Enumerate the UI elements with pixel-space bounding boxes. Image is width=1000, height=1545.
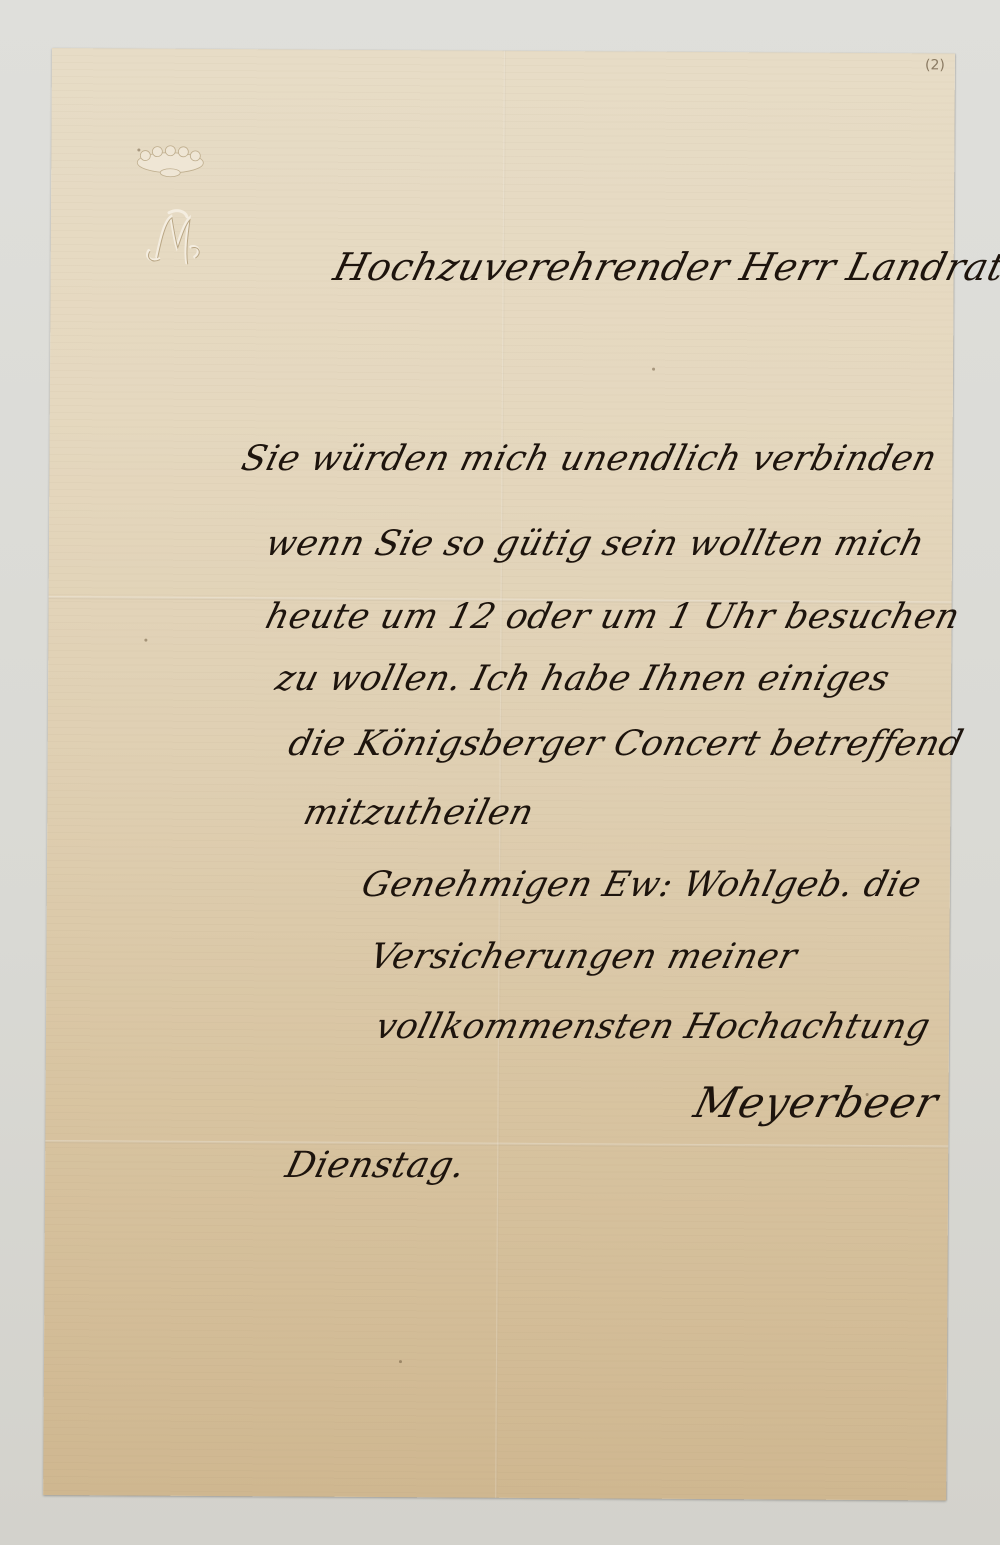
letter-line: wenn Sie so gütig sein wollten mich xyxy=(262,527,928,562)
crown-emboss-icon xyxy=(135,145,205,179)
letter-line: Sie würden mich unendlich verbinden xyxy=(238,442,940,477)
letter-salutation: Hochzuverehrender Herr Landrath xyxy=(330,248,1000,286)
letter-line: mitzutheilen xyxy=(300,796,537,831)
signature: Meyerbeer xyxy=(690,1082,943,1124)
letter-line: die Königsberger Concert betreffend xyxy=(285,727,967,762)
archive-page-number: (2) xyxy=(925,57,945,73)
letter-line: heute um 12 oder um 1 Uhr besuchen xyxy=(262,600,963,635)
letter-line: Genehmigen Ew: Wohlgeb. die xyxy=(358,868,925,903)
letter-line: Versicherungen meiner xyxy=(366,940,800,975)
letter-line: zu wollen. Ich habe Ihnen einiges xyxy=(272,662,893,697)
dateline: Dienstag. xyxy=(282,1148,469,1184)
letter-line: vollkommensten Hochachtung xyxy=(372,1010,934,1045)
monogram-emboss-icon xyxy=(141,207,205,271)
